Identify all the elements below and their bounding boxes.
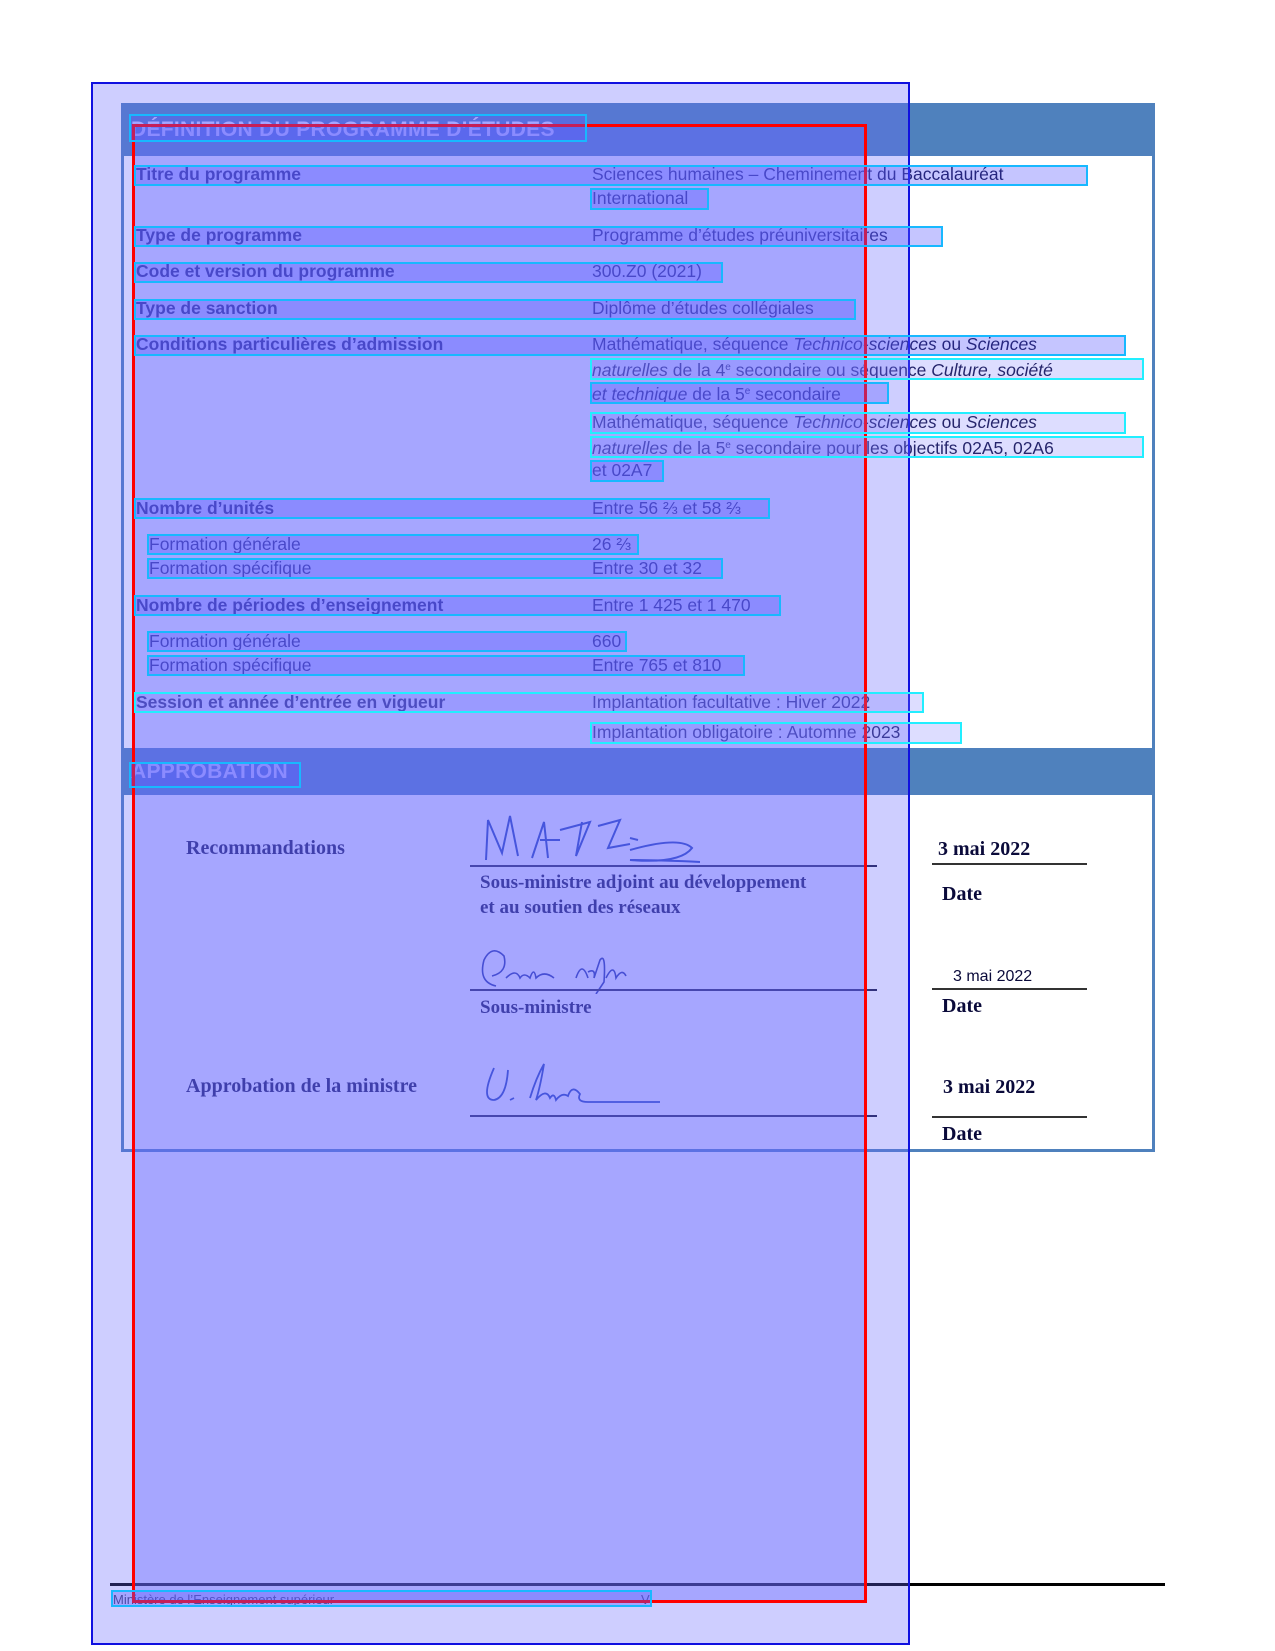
annotation-line [131, 764, 299, 786]
signature-2-date-label: Date [942, 995, 982, 1018]
signature-1-date-line [932, 863, 1087, 865]
signature-3-date: 3 mai 2022 [943, 1076, 1035, 1099]
annotation-line [149, 657, 743, 674]
signature-3-date-label: Date [942, 1123, 982, 1146]
signature-3-date-line [932, 1116, 1087, 1118]
annotation-line [592, 360, 1142, 378]
annotation-line [136, 500, 768, 517]
annotation-line [113, 1592, 650, 1605]
annotation-line [149, 633, 625, 650]
annotation-line [131, 116, 585, 140]
annotation-line [149, 560, 721, 577]
annotation-line [136, 337, 1124, 354]
annotation-line [592, 384, 887, 402]
annotation-line [136, 301, 854, 318]
annotation-line [149, 536, 637, 553]
annotation-line [136, 167, 1086, 184]
annotation-line [592, 462, 662, 480]
annotation-line [136, 228, 941, 245]
signature-1-date-label: Date [942, 883, 982, 906]
annotation-line [592, 724, 960, 742]
annotation-line [592, 438, 1142, 456]
annotation-line [136, 597, 779, 614]
annotation-line [136, 694, 922, 711]
signature-2-date: 3 mai 2022 [953, 968, 1032, 986]
annotation-line [136, 264, 721, 281]
signature-2-date-line [932, 988, 1087, 990]
signature-1-date: 3 mai 2022 [938, 838, 1030, 861]
annotation-line [592, 190, 707, 208]
annotation-line [592, 414, 1124, 432]
